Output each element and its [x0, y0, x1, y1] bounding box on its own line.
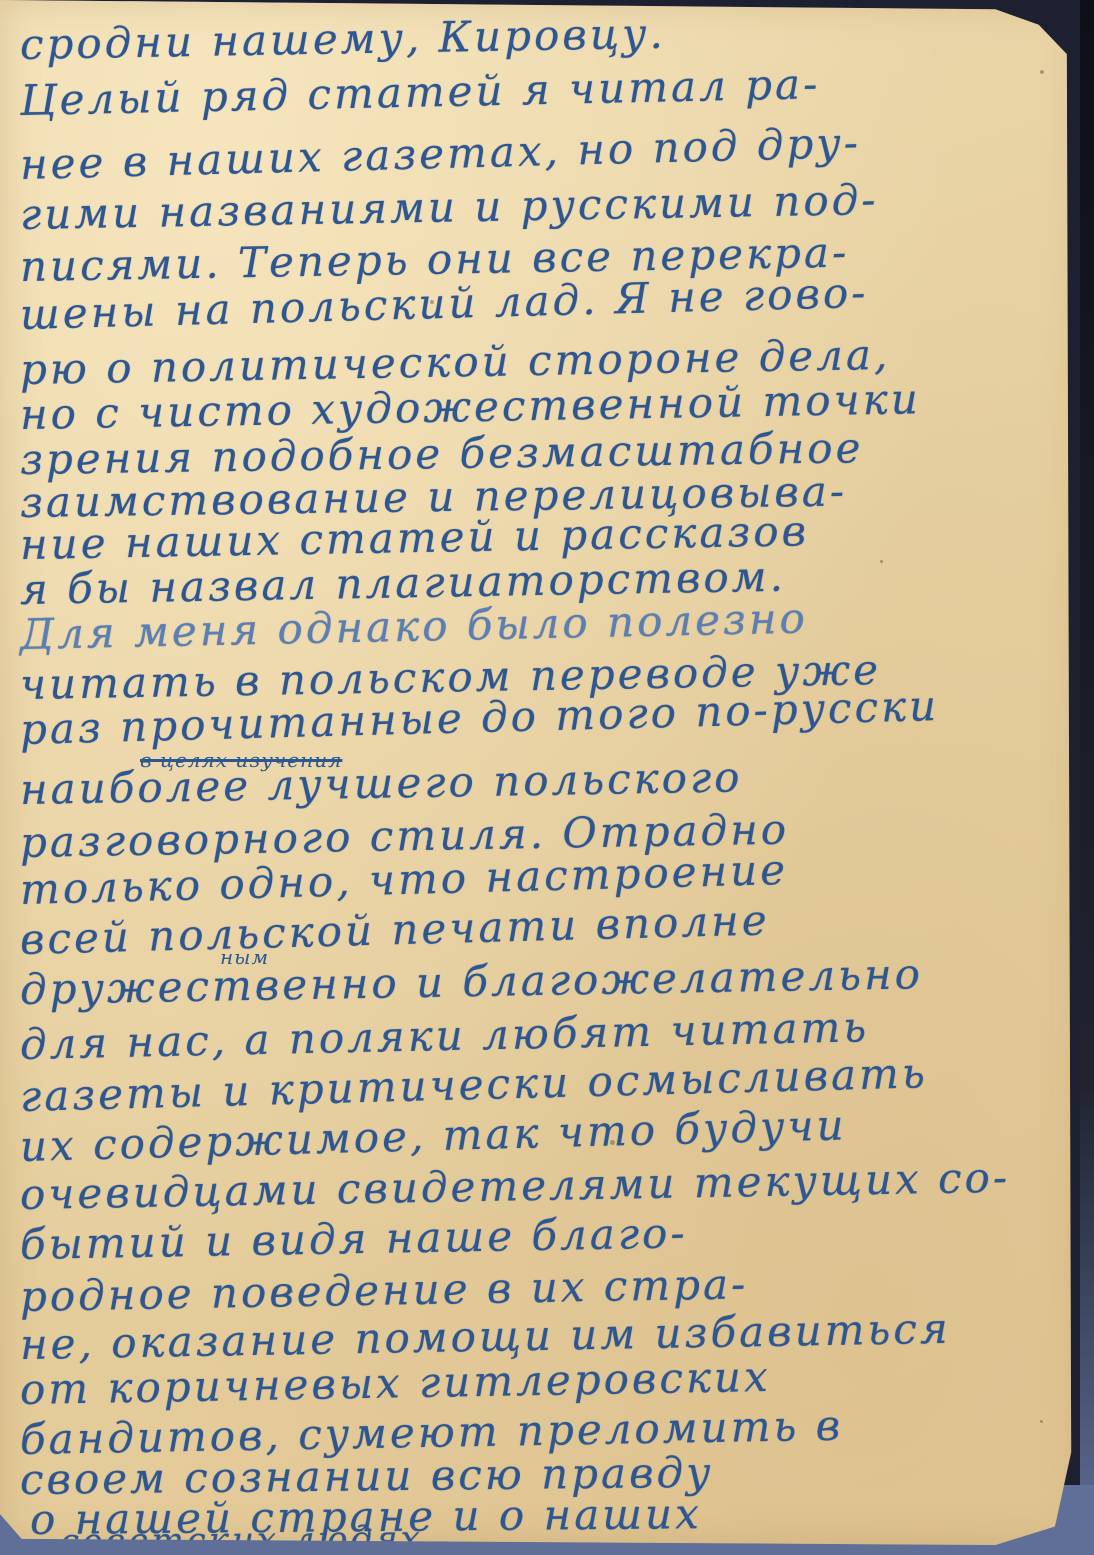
paper-spot [880, 560, 883, 563]
text-line: Целый ряд статей я читал ра- [19, 59, 820, 125]
paper-spot [1040, 1420, 1043, 1423]
text-line: наиболее лучшего польского [20, 752, 743, 814]
paper-spot [1040, 70, 1044, 74]
manuscript-page: сродни нашему, Кировцу. Целый ряд статей… [0, 0, 1082, 1545]
text-line: бытий и видя наше благо- [20, 1208, 688, 1269]
text-line: сродни нашему, Кировцу. [20, 9, 667, 69]
scan-background-edge [1080, 0, 1094, 1555]
